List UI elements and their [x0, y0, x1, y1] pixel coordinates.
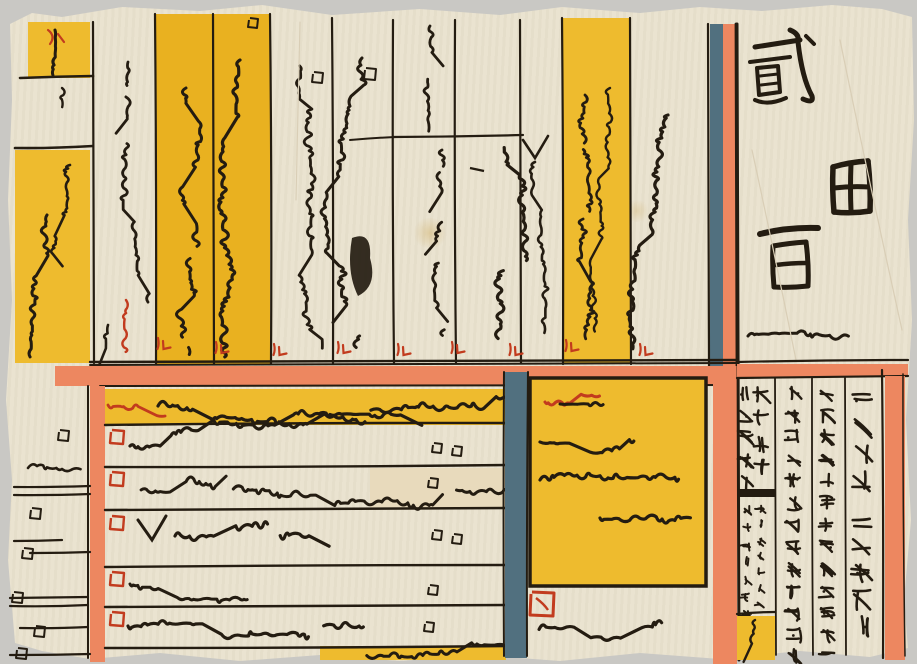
small-box-mark [30, 508, 41, 519]
kanji-stroke [822, 652, 834, 653]
kanji-large-ta [833, 161, 871, 213]
kanji-large-ni [750, 30, 814, 103]
kanji-stroke [787, 628, 799, 630]
cursive-annotation [748, 331, 848, 339]
kanji-dot [856, 572, 859, 575]
cursive-script-line [128, 621, 363, 639]
cursive-script-line [175, 522, 329, 546]
ink-rule-line [14, 486, 90, 487]
kanji-stroke [753, 391, 767, 392]
ink-rule-line [350, 137, 395, 140]
kanji-stroke [754, 414, 768, 415]
red-cursive-characters [122, 300, 127, 352]
kanji-stroke [797, 609, 799, 621]
ink-rule-line [30, 552, 90, 553]
kanji-stroke [822, 615, 834, 616]
bottom-right-section [737, 24, 908, 664]
small-box-mark [428, 585, 438, 595]
tick-mark [470, 168, 484, 171]
ink-rule-line [20, 627, 88, 628]
kanji-stroke [746, 387, 748, 399]
kanji-stroke [821, 391, 832, 401]
kanji-stroke [856, 446, 872, 461]
document-artwork [0, 0, 917, 664]
red-check-mark [338, 342, 351, 353]
kanji-stroke [800, 630, 801, 642]
red-box-seal [110, 612, 124, 626]
top-section [15, 14, 737, 369]
red-box-seal [110, 472, 124, 486]
kanji-stroke [758, 568, 759, 574]
ink-rule-line [10, 605, 88, 606]
ink-blot [350, 236, 372, 296]
kanji-text-column [819, 391, 835, 654]
cursive-script-column [296, 66, 322, 348]
ink-rule-line [296, 22, 300, 200]
highlight-panel-yellow [530, 378, 706, 586]
kanji-dot [825, 458, 828, 461]
kanji-stroke [788, 509, 800, 510]
cursive-script-column [628, 115, 668, 349]
kanji-stroke [823, 563, 825, 575]
cursive-script-column [60, 88, 64, 120]
kanji-dot [743, 511, 746, 514]
kanji-stroke [788, 548, 800, 549]
kanji-stroke [790, 586, 791, 598]
kanji-stroke [854, 476, 870, 491]
kanji-stroke [821, 482, 833, 483]
kanji-stroke [853, 590, 870, 591]
kanji-stroke [762, 438, 764, 452]
kanji-stroke [776, 263, 806, 265]
kanji-stroke [790, 474, 791, 486]
kanji-stroke [748, 524, 749, 531]
orange-stripe-vertical [90, 386, 105, 662]
ink-rule-line [10, 654, 90, 655]
kanji-stroke [825, 519, 826, 531]
kanji-stroke [819, 526, 831, 527]
ink-rule-line [737, 612, 775, 614]
kanji-dot [855, 400, 858, 403]
branch-mark [138, 516, 166, 540]
kanji-stroke [806, 36, 814, 44]
cursive-script-column [424, 26, 443, 131]
kanji-stroke [819, 459, 831, 460]
kanji-stroke [760, 74, 778, 76]
red-check-mark [640, 344, 653, 355]
kanji-dot [864, 626, 867, 629]
cursive-script-column [425, 150, 447, 336]
kanji-large-hyaku [760, 228, 818, 287]
blue-stripe-vertical [710, 24, 723, 366]
red-check-mark [398, 344, 411, 355]
highlight-block-yellow [28, 22, 90, 78]
kanji-stroke [821, 394, 833, 395]
scanned-document-stage [0, 0, 917, 664]
cursive-script-column [495, 148, 528, 339]
ink-rule-line [105, 565, 508, 567]
highlight-block-yellow [15, 150, 90, 363]
kanji-stroke [854, 526, 871, 527]
kanji-stroke [822, 500, 834, 501]
ink-rule-line [105, 465, 508, 467]
small-box-mark [452, 446, 462, 456]
ink-rule-line [455, 20, 456, 363]
kanji-stroke [853, 519, 870, 520]
cursive-script-column [530, 162, 548, 333]
kanji-dot [745, 415, 748, 418]
ink-rule-line [527, 372, 528, 656]
ink-rule-line [737, 360, 908, 362]
kanji-stroke [821, 608, 833, 609]
kanji-dot [829, 546, 832, 549]
ink-rule-line [393, 20, 394, 363]
kanji-stroke [788, 570, 800, 571]
ink-rule-line [270, 14, 271, 364]
small-box-mark [432, 530, 442, 540]
kanji-dot [787, 436, 790, 439]
kanji-stroke [853, 548, 870, 549]
kanji-stroke [862, 616, 864, 633]
kanji-text-column [851, 519, 872, 637]
kanji-stroke [750, 57, 790, 62]
thick-divider-bar [737, 489, 775, 497]
kanji-stroke [821, 461, 833, 462]
kanji-text-column [740, 506, 751, 618]
kanji-stroke [793, 474, 794, 486]
orange-stripe-vertical [713, 372, 737, 664]
cursive-script-line [28, 464, 81, 471]
ink-rule-line [737, 24, 739, 660]
kanji-stroke [774, 286, 808, 287]
kanji-dot [823, 612, 826, 615]
blue-stripe-vertical [505, 372, 527, 658]
kanji-stroke [820, 541, 832, 542]
red-box-seal [110, 516, 124, 530]
kanji-stroke [758, 410, 760, 424]
cursive-script-column [116, 62, 149, 302]
cursive-script-column [321, 58, 366, 348]
ink-rule-line [15, 146, 93, 148]
kanji-stroke [742, 594, 749, 595]
ink-rule-line [213, 14, 214, 364]
kanji-dot [759, 442, 762, 445]
small-box-mark [58, 430, 69, 441]
kanji-stroke [786, 413, 798, 414]
kanji-dot [760, 524, 763, 527]
kanji-text-column [738, 387, 754, 490]
ink-rule-line [393, 135, 523, 137]
kanji-stroke [748, 559, 749, 566]
ink-rule-line [882, 370, 883, 658]
small-box-mark [16, 648, 27, 659]
cursive-script-line [539, 621, 662, 641]
kanji-dot [740, 393, 743, 396]
kanji-stroke [757, 66, 780, 95]
kanji-stroke [824, 412, 835, 422]
kanji-stroke [746, 478, 747, 490]
kanji-stroke [785, 431, 797, 432]
kanji-stroke [755, 98, 786, 103]
kanji-stroke [821, 409, 833, 410]
kanji-stroke [819, 596, 831, 597]
kanji-stroke [785, 439, 797, 440]
small-box-mark [312, 72, 323, 83]
ink-rule-line [812, 378, 813, 655]
kanji-stroke [867, 619, 868, 636]
kanji-dot [790, 546, 793, 549]
red-box-seal [110, 572, 124, 586]
kanji-stroke [786, 541, 798, 542]
red-check-mark [274, 344, 287, 355]
ink-rule-line [105, 646, 508, 648]
ink-rule-line [155, 14, 156, 364]
red-check-mark [452, 342, 465, 353]
red-seal-inner-mark [536, 598, 548, 610]
red-box-seal [110, 430, 124, 444]
kanji-dot [795, 414, 798, 417]
kanji-dot [824, 502, 827, 505]
ink-rule-line [845, 378, 846, 655]
kanji-dot [756, 394, 759, 397]
kanji-text-column [753, 387, 770, 473]
cursive-script-line [130, 584, 256, 602]
kanji-stroke [855, 419, 871, 434]
kanji-stroke [746, 557, 747, 564]
orange-stripe-vertical [885, 376, 905, 660]
ink-rule-line [562, 18, 563, 364]
small-box-mark [364, 68, 376, 80]
ink-rule-line [708, 24, 709, 366]
ink-rule-line [14, 494, 90, 495]
kanji-stroke [761, 83, 778, 85]
kanji-text-column [755, 506, 766, 623]
kanji-text-column [852, 394, 872, 491]
kanji-stroke [851, 569, 868, 570]
kanji-stroke [741, 615, 748, 616]
kanji-stroke [834, 187, 869, 188]
small-box-mark [424, 622, 434, 632]
highlight-strip-yellow [562, 18, 630, 364]
kanji-dot [822, 590, 825, 593]
kanji-stroke [773, 242, 806, 246]
kanji-dot [792, 634, 795, 637]
kanji-dot [797, 392, 800, 395]
ink-rule-line [105, 508, 508, 510]
kanji-stroke [820, 523, 832, 524]
kanji-stroke [761, 460, 762, 474]
ink-rule-line [14, 540, 62, 541]
highlight-patch-yellow [737, 616, 775, 660]
ink-rule-line [752, 150, 796, 360]
small-box-mark [452, 534, 462, 544]
ink-rule-line [105, 605, 508, 607]
small-box-mark [432, 443, 442, 453]
kanji-dot [743, 545, 746, 548]
kanji-stroke [755, 40, 800, 47]
bottom-center-section [504, 372, 737, 664]
kanji-stroke [759, 589, 764, 593]
kanji-stroke [755, 464, 769, 465]
kanji-text-column [785, 387, 802, 664]
ink-rule-line [775, 378, 776, 655]
kanji-stroke [788, 460, 800, 462]
kanji-stroke [821, 544, 833, 545]
kanji-dot [822, 414, 825, 417]
ink-rule-line [93, 22, 94, 363]
ink-rule-line [332, 18, 333, 363]
branch-mark [523, 136, 548, 158]
